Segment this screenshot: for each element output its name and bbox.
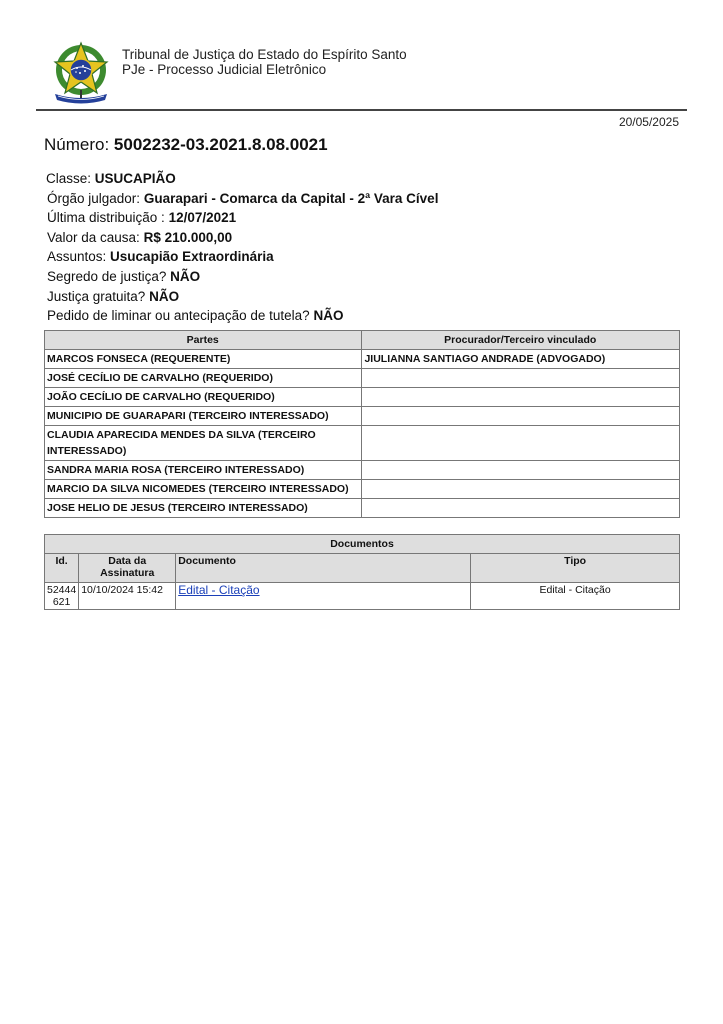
table-row: JOSÉ CECÍLIO DE CARVALHO (REQUERIDO): [45, 369, 680, 388]
parte-cell: CLAUDIA APARECIDA MENDES DA SILVA (TERCE…: [45, 426, 362, 461]
process-number-label: Número:: [44, 135, 109, 154]
table-row: MARCIO DA SILVA NICOMEDES (TERCEIRO INTE…: [45, 480, 680, 499]
brazil-coat-of-arms-icon: [50, 40, 112, 106]
procurador-cell: JIULIANNA SANTIAGO ANDRADE (ADVOGADO): [362, 350, 680, 369]
field-value: Usucapião Extraordinária: [110, 249, 274, 264]
procurador-cell: [362, 461, 680, 480]
document-date-cell: 10/10/2024 15:42: [79, 583, 176, 610]
parte-cell: MARCOS FONSECA (REQUERENTE): [45, 350, 362, 369]
table-row: 52444 621 10/10/2024 15:42 Edital - Cita…: [45, 583, 680, 610]
table-row: JOÃO CECÍLIO DE CARVALHO (REQUERIDO): [45, 388, 680, 407]
parte-cell: JOSÉ CECÍLIO DE CARVALHO (REQUERIDO): [45, 369, 362, 388]
field-label: Órgão julgador:: [47, 191, 140, 206]
table-row: JOSE HELIO DE JESUS (TERCEIRO INTERESSAD…: [45, 499, 680, 518]
documentos-header-row: Id. Data da Assinatura Documento Tipo: [45, 554, 680, 583]
procurador-cell: [362, 426, 680, 461]
field-assuntos: Assuntos: Usucapião Extraordinária: [46, 247, 438, 267]
documentos-table: Documentos Id. Data da Assinatura Docume…: [44, 534, 680, 610]
table-row: CLAUDIA APARECIDA MENDES DA SILVA (TERCE…: [45, 426, 680, 461]
documento-column-header: Documento: [176, 554, 471, 583]
field-segredo-justica: Segredo de justiça? NÃO: [46, 267, 438, 287]
data-assinatura-column-header: Data da Assinatura: [79, 554, 176, 583]
field-label: Pedido de liminar ou antecipação de tute…: [47, 308, 310, 323]
partes-table: Partes Procurador/Terceiro vinculado MAR…: [44, 330, 680, 518]
parte-cell: JOÃO CECÍLIO DE CARVALHO (REQUERIDO): [45, 388, 362, 407]
field-value: Guarapari - Comarca da Capital - 2ª Vara…: [144, 191, 439, 206]
field-label: Valor da causa:: [47, 230, 140, 245]
field-label: Classe:: [46, 171, 91, 186]
field-ultima-distribuicao: Última distribuição : 12/07/2021: [46, 208, 438, 228]
court-name: Tribunal de Justiça do Estado do Espírit…: [122, 47, 407, 62]
field-value: USUCAPIÃO: [95, 171, 176, 186]
documentos-title-row: Documentos: [45, 535, 680, 554]
table-row: MUNICIPIO DE GUARAPARI (TERCEIRO INTERES…: [45, 407, 680, 426]
procurador-cell: [362, 407, 680, 426]
document-id-cell: 52444 621: [45, 583, 79, 610]
parte-cell: SANDRA MARIA ROSA (TERCEIRO INTERESSADO): [45, 461, 362, 480]
partes-header-row: Partes Procurador/Terceiro vinculado: [45, 331, 680, 350]
table-row: SANDRA MARIA ROSA (TERCEIRO INTERESSADO): [45, 461, 680, 480]
partes-column-header: Partes: [45, 331, 362, 350]
print-date: 20/05/2025: [619, 115, 679, 129]
field-classe: Classe: USUCAPIÃO: [46, 169, 438, 189]
field-label: Assuntos:: [47, 249, 106, 264]
tipo-column-header: Tipo: [471, 554, 680, 583]
table-row: MARCOS FONSECA (REQUERENTE) JIULIANNA SA…: [45, 350, 680, 369]
document-type-cell: Edital - Citação: [471, 583, 680, 610]
field-orgao-julgador: Órgão julgador: Guarapari - Comarca da C…: [46, 189, 438, 209]
field-value: NÃO: [313, 308, 343, 323]
field-pedido-liminar: Pedido de liminar ou antecipação de tute…: [46, 306, 438, 326]
field-value: NÃO: [149, 289, 179, 304]
field-value: 12/07/2021: [169, 210, 237, 225]
document-link[interactable]: Edital - Citação: [178, 583, 259, 597]
field-value: NÃO: [170, 269, 200, 284]
process-info: Classe: USUCAPIÃO Órgão julgador: Guarap…: [46, 169, 438, 326]
procurador-cell: [362, 480, 680, 499]
field-label: Justiça gratuita?: [47, 289, 145, 304]
procurador-cell: [362, 499, 680, 518]
parte-cell: JOSE HELIO DE JESUS (TERCEIRO INTERESSAD…: [45, 499, 362, 518]
field-justica-gratuita: Justiça gratuita? NÃO: [46, 287, 438, 307]
header-divider: [36, 109, 687, 111]
header-title-block: Tribunal de Justiça do Estado do Espírit…: [122, 47, 407, 77]
procurador-cell: [362, 369, 680, 388]
document-name-cell: Edital - Citação: [176, 583, 471, 610]
procurador-column-header: Procurador/Terceiro vinculado: [362, 331, 680, 350]
documentos-title: Documentos: [45, 535, 680, 554]
process-number: Número: 5002232-03.2021.8.08.0021: [44, 135, 328, 155]
field-label: Última distribuição :: [47, 210, 165, 225]
field-value: R$ 210.000,00: [144, 230, 233, 245]
process-number-value: 5002232-03.2021.8.08.0021: [114, 135, 328, 154]
procurador-cell: [362, 388, 680, 407]
field-label: Segredo de justiça?: [47, 269, 166, 284]
field-valor-causa: Valor da causa: R$ 210.000,00: [46, 228, 438, 248]
parte-cell: MARCIO DA SILVA NICOMEDES (TERCEIRO INTE…: [45, 480, 362, 499]
system-name: PJe - Processo Judicial Eletrônico: [122, 62, 407, 77]
parte-cell: MUNICIPIO DE GUARAPARI (TERCEIRO INTERES…: [45, 407, 362, 426]
id-column-header: Id.: [45, 554, 79, 583]
